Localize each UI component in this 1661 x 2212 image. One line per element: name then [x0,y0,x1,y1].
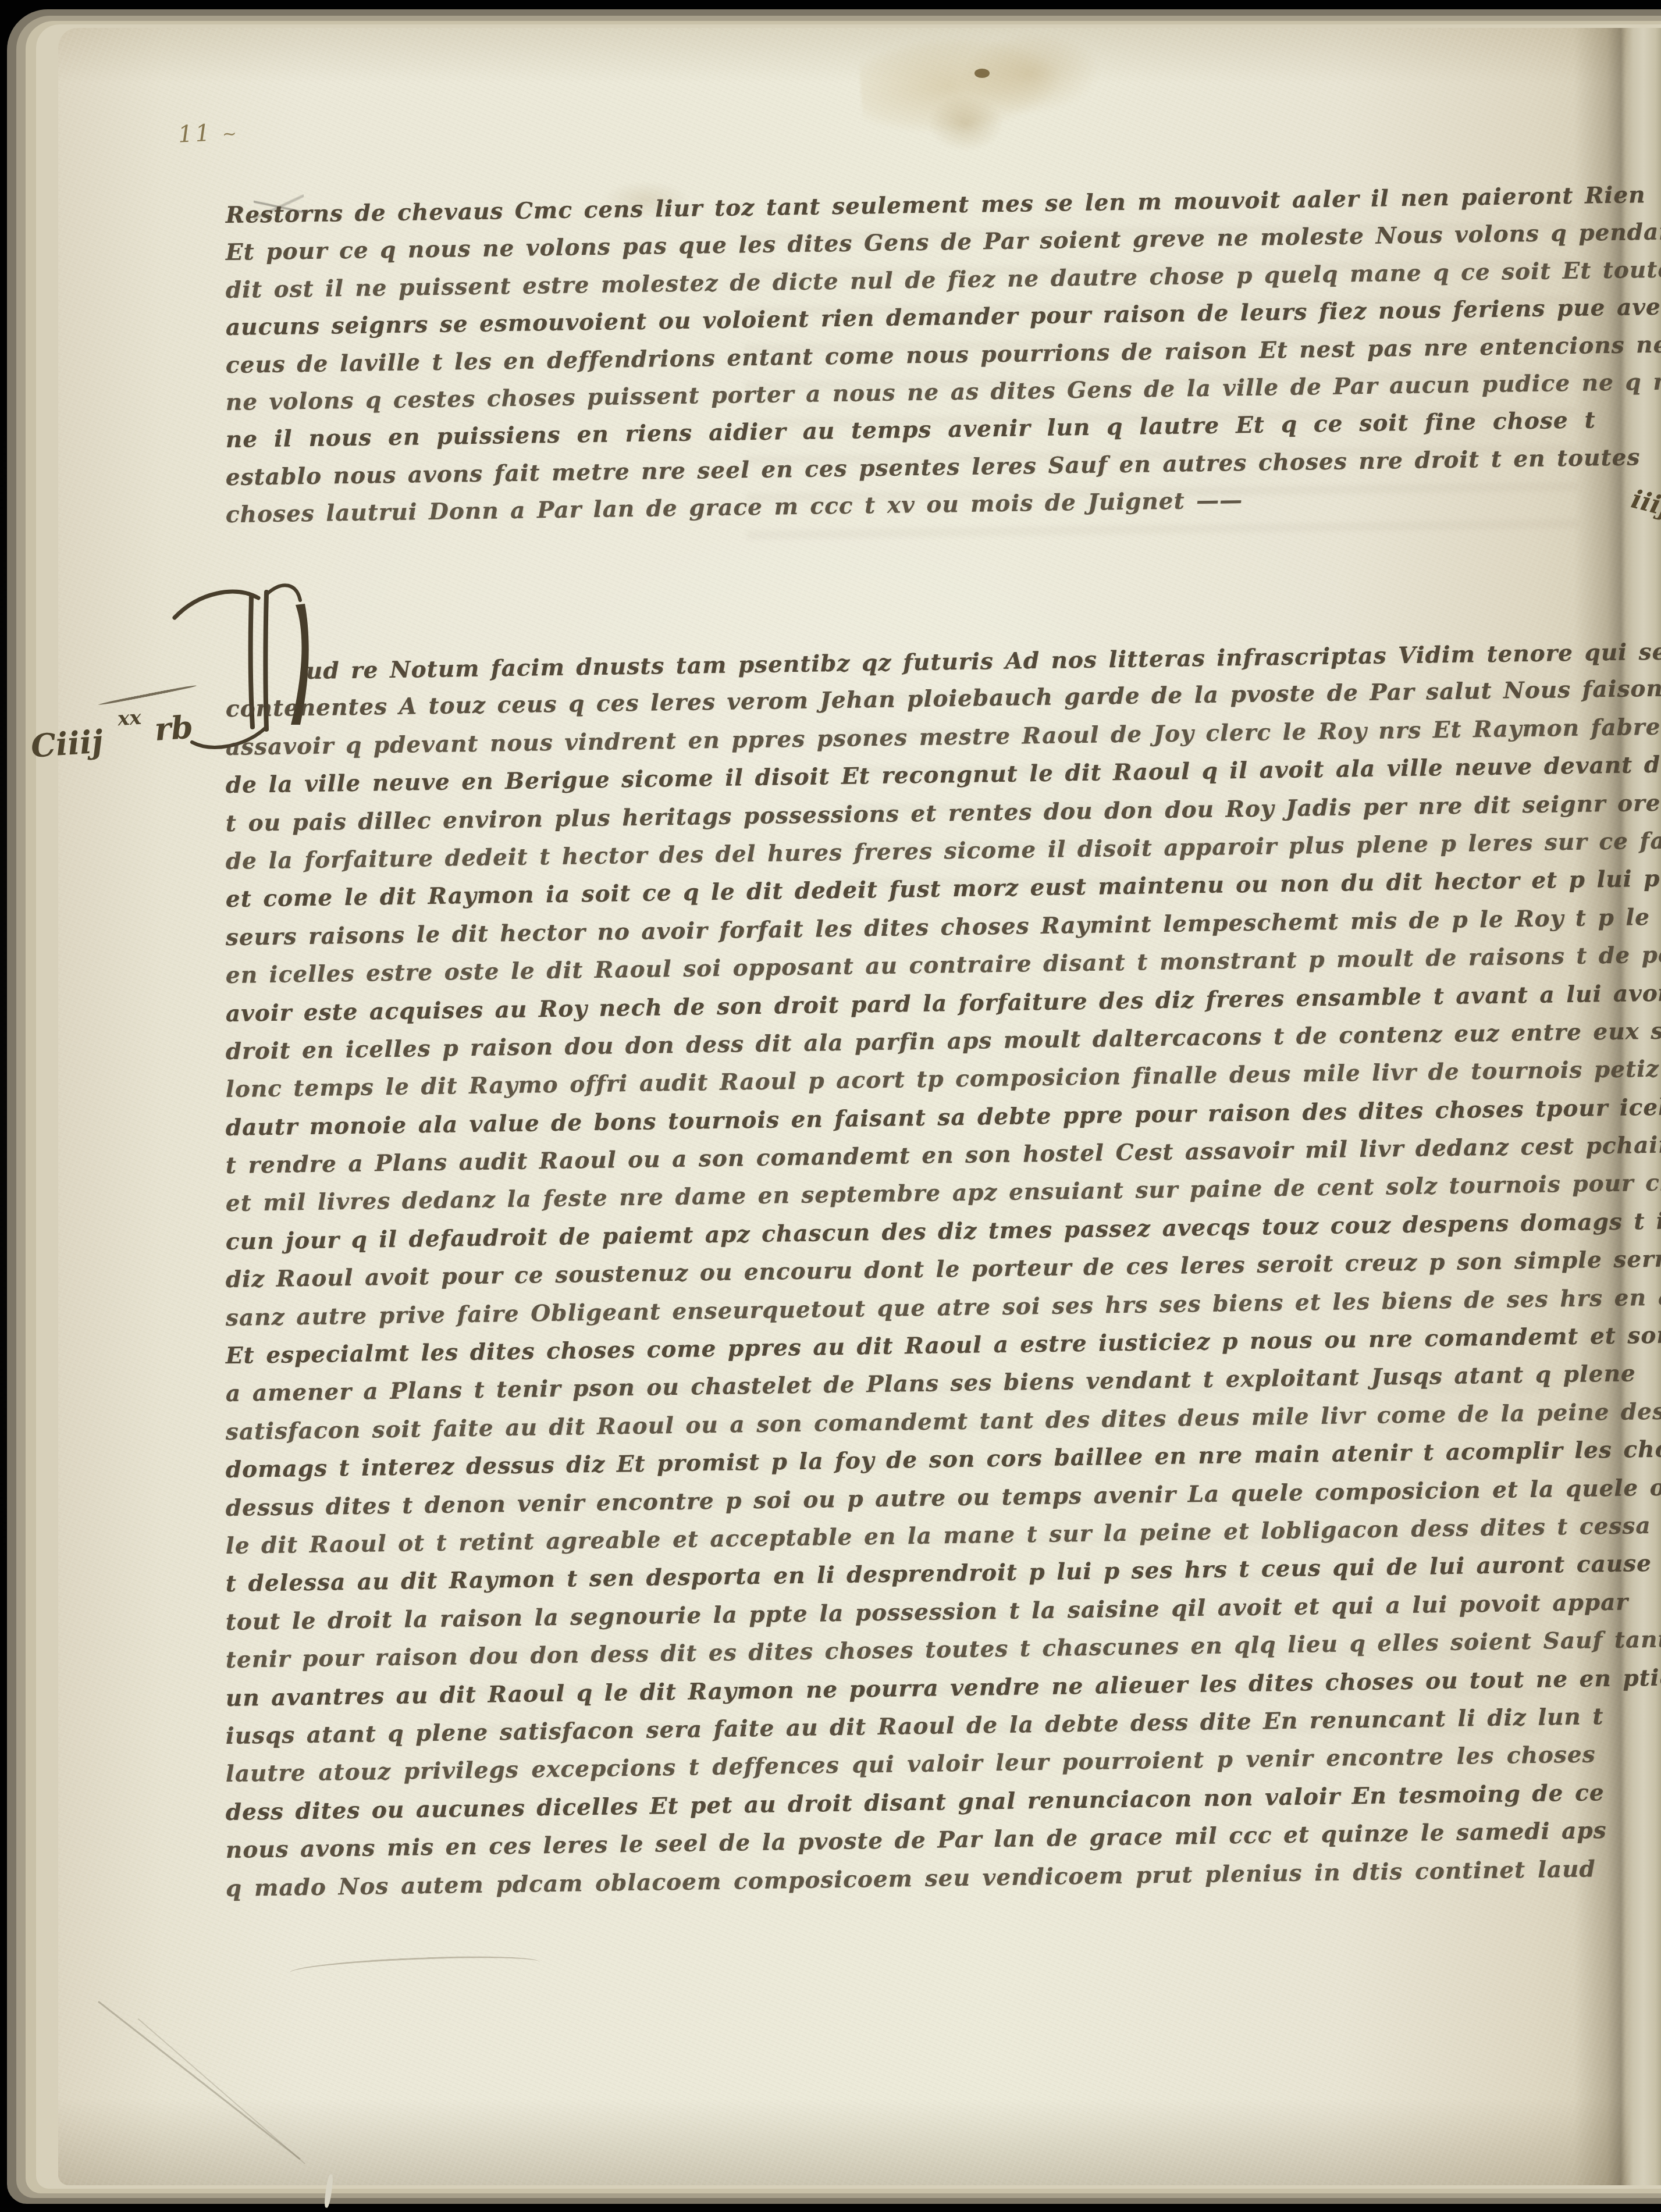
folio-flourish: ~ [222,123,240,144]
ink-spot [974,69,990,78]
folio-number: 11 ~ [177,118,240,148]
paragraph-2: ud re Notum facim dnusts tam psentibz qz… [226,653,1596,1908]
binding-thread [323,2174,334,2209]
folio-number-value: 11 [177,120,213,148]
facing-page-text-fragment: iiij [1628,478,1661,577]
margin-note-superscript: xx [117,706,142,731]
facing-page-text: iiij [1628,485,1661,522]
final-line-flourish [289,1953,540,1982]
scan-backdrop: 11 ~ xx Ciiij rb N Restorns de ch [0,0,1661,2212]
paragraph-1: Restorns de chevaus Cmc cens liur toz ta… [226,197,1596,534]
parchment-crease [98,2001,301,2160]
page-content: 11 ~ xx Ciiij rb N Restorns de ch [0,0,1661,2212]
parchment-crease [138,2018,305,2164]
margin-note-main: Ciiij [30,722,104,764]
stain-top-small [928,96,1004,151]
